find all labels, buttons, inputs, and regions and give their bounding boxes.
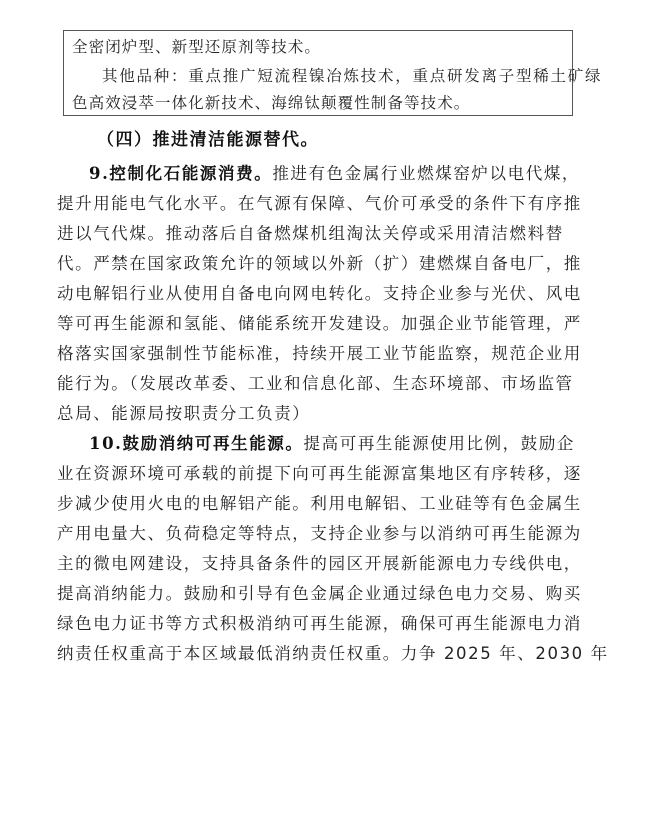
paragraph-text: 提高可再生能源使用比例，鼓励企 <box>304 434 576 453</box>
paragraph-line: 提高消纳能力。鼓励和引导有色金属企业通过绿色电力交易、购买 <box>57 580 582 604</box>
section-heading: （四）推进清洁能源替代。 <box>97 125 319 150</box>
paragraph-first-line: 9.控制化石能源消费。推进有色金属行业燃煤窑炉以电代煤， <box>89 160 580 184</box>
paragraph-line: 步减少使用火电的电解铝产能。利用电解铝、工业硅等有色金属生 <box>57 490 582 514</box>
paragraph-line: 主的微电网建设，支持具备条件的园区开展新能源电力专线供电， <box>57 550 582 574</box>
paragraph-line: 业在资源环境可承载的前提下向可再生能源富集地区有序转移，逐 <box>57 460 582 484</box>
paragraph-line: 提升用能电气化水平。在气源有保障、气价可承受的条件下有序推 <box>57 190 582 214</box>
paragraph-line: 纳责任权重高于本区域最低消纳责任权重。力争 2025 年、2030 年 <box>57 640 609 664</box>
item-title: 10.鼓励消纳可再生能源。 <box>89 434 304 453</box>
paragraph-line: 总局、能源局按职责分工负责） <box>57 400 310 424</box>
paragraph-text: 推进有色金属行业燃煤窑炉以电代煤， <box>272 164 580 183</box>
paragraph-line: 等可再生能源和氢能、储能系统开发建设。加强企业节能管理，严 <box>57 310 582 334</box>
boxed-note-line: 全密闭炉型、新型还原剂等技术。 <box>72 35 321 57</box>
boxed-note: 全密闭炉型、新型还原剂等技术。 其他品种：重点推广短流程镍冶炼技术，重点研发离子… <box>63 30 573 116</box>
paragraph-line: 绿色电力证书等方式积极消纳可再生能源，确保可再生能源电力消 <box>57 610 582 634</box>
paragraph-line: 格落实国家强制性节能标准，持续开展工业节能监察，规范企业用 <box>57 340 582 364</box>
boxed-note-line: 其他品种：重点推广短流程镍冶炼技术，重点研发离子型稀土矿绿 <box>102 64 602 86</box>
paragraph-line: 动电解铝行业从使用自备电向网电转化。支持企业参与光伏、风电 <box>57 280 582 304</box>
boxed-note-line: 色高效浸萃一体化新技术、海绵钛颠覆性制备等技术。 <box>72 91 470 113</box>
paragraph-line: 代。严禁在国家政策允许的领域以外新（扩）建燃煤自备电厂，推 <box>57 250 582 274</box>
paragraph-first-line: 10.鼓励消纳可再生能源。提高可再生能源使用比例，鼓励企 <box>89 430 575 454</box>
paragraph-line: 能行为。（发展改革委、工业和信息化部、生态环境部、市场监管 <box>57 370 574 394</box>
paragraph-line: 产用电量大、负荷稳定等特点，支持企业参与以消纳可再生能源为 <box>57 520 582 544</box>
item-title: 9.控制化石能源消费。 <box>89 164 272 183</box>
document-page: 全密闭炉型、新型还原剂等技术。 其他品种：重点推广短流程镍冶炼技术，重点研发离子… <box>0 0 659 829</box>
paragraph-line: 进以气代煤。推动落后自备燃煤机组淘汰关停或采用清洁燃料替 <box>57 220 564 244</box>
